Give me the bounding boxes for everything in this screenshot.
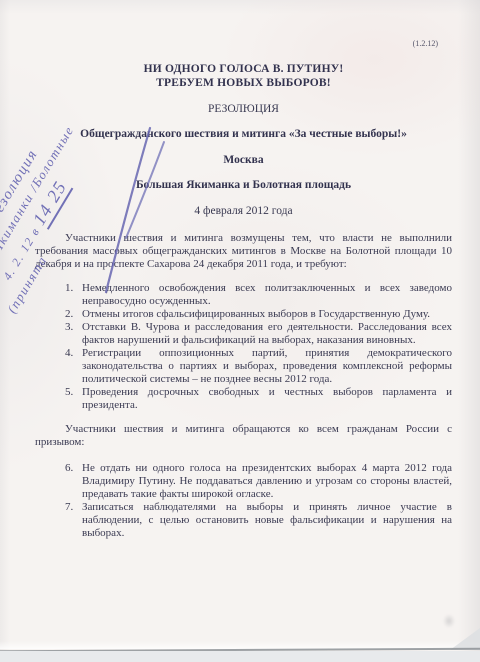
demand-item-2: 2. Отмены итогов сфальсифицированных выб… bbox=[35, 308, 452, 321]
appeal-number: 7. bbox=[65, 501, 73, 514]
city-heading: Москва bbox=[35, 154, 452, 167]
appeal-text: Записаться наблюдателями на выборы и при… bbox=[82, 501, 452, 539]
corner-reference: (1.2.12) bbox=[35, 37, 438, 50]
demand-number: 3. bbox=[65, 321, 73, 334]
demand-item-4: 4. Регистрации оппозиционных партий, при… bbox=[35, 347, 452, 386]
demand-text: Регистрации оппозиционных партий, принят… bbox=[82, 347, 452, 385]
demand-item-5: 5. Проведения досрочных свободных и чест… bbox=[35, 386, 452, 412]
demand-item-3: 3. Отставки В. Чурова и расследования ег… bbox=[35, 321, 452, 347]
smudge-mark bbox=[443, 614, 455, 628]
scanner-bed-background bbox=[0, 651, 480, 662]
slogan-line-1: НИ ОДНОГО ГОЛОСА В. ПУТИНУ! bbox=[35, 63, 452, 77]
appeal-paragraph: Участники шествия и митинга обращаются к… bbox=[35, 423, 452, 449]
date-line: 4 февраля 2012 года bbox=[35, 205, 452, 218]
appeal-list: 6. Не отдать ни одного голоса на президе… bbox=[35, 462, 452, 540]
demand-text: Отставки В. Чурова и расследования его д… bbox=[82, 321, 452, 346]
demand-text: Немедленного освобождения всех политзакл… bbox=[82, 282, 452, 307]
demand-number: 1. bbox=[65, 282, 73, 295]
scanned-resolution-page: (1.2.12) НИ ОДНОГО ГОЛОСА В. ПУТИНУ! ТРЕ… bbox=[0, 0, 480, 662]
page-corner-fold bbox=[450, 628, 480, 650]
intro-paragraph: Участники шествия и митинга возмущены те… bbox=[35, 232, 452, 271]
appeal-item-7: 7. Записаться наблюдателями на выборы и … bbox=[35, 501, 452, 540]
doc-type-heading: РЕЗОЛЮЦИЯ bbox=[35, 103, 452, 116]
demands-list: 1. Немедленного освобождения всех политз… bbox=[35, 282, 452, 412]
document-content: (1.2.12) НИ ОДНОГО ГОЛОСА В. ПУТИНУ! ТРЕ… bbox=[35, 0, 452, 540]
appeal-number: 6. bbox=[65, 462, 73, 475]
demand-number: 4. bbox=[65, 347, 73, 360]
appeal-text: Не отдать ни одного голоса на президентс… bbox=[82, 462, 452, 500]
appeal-item-6: 6. Не отдать ни одного голоса на президе… bbox=[35, 462, 452, 501]
slogan-heading: НИ ОДНОГО ГОЛОСА В. ПУТИНУ! ТРЕБУЕМ НОВЫ… bbox=[35, 63, 452, 90]
subtitle-heading: Общегражданского шествия и митинга «За ч… bbox=[35, 128, 452, 141]
location-heading: Большая Якиманка и Болотная площадь bbox=[35, 179, 452, 192]
demand-text: Отмены итогов сфальсифицированных выборо… bbox=[82, 308, 430, 320]
demand-number: 2. bbox=[65, 308, 73, 321]
demand-number: 5. bbox=[65, 386, 73, 399]
demand-item-1: 1. Немедленного освобождения всех политз… bbox=[35, 282, 452, 308]
demand-text: Проведения досрочных свободных и честных… bbox=[82, 386, 452, 411]
slogan-line-2: ТРЕБУЕМ НОВЫХ ВЫБОРОВ! bbox=[35, 77, 452, 91]
